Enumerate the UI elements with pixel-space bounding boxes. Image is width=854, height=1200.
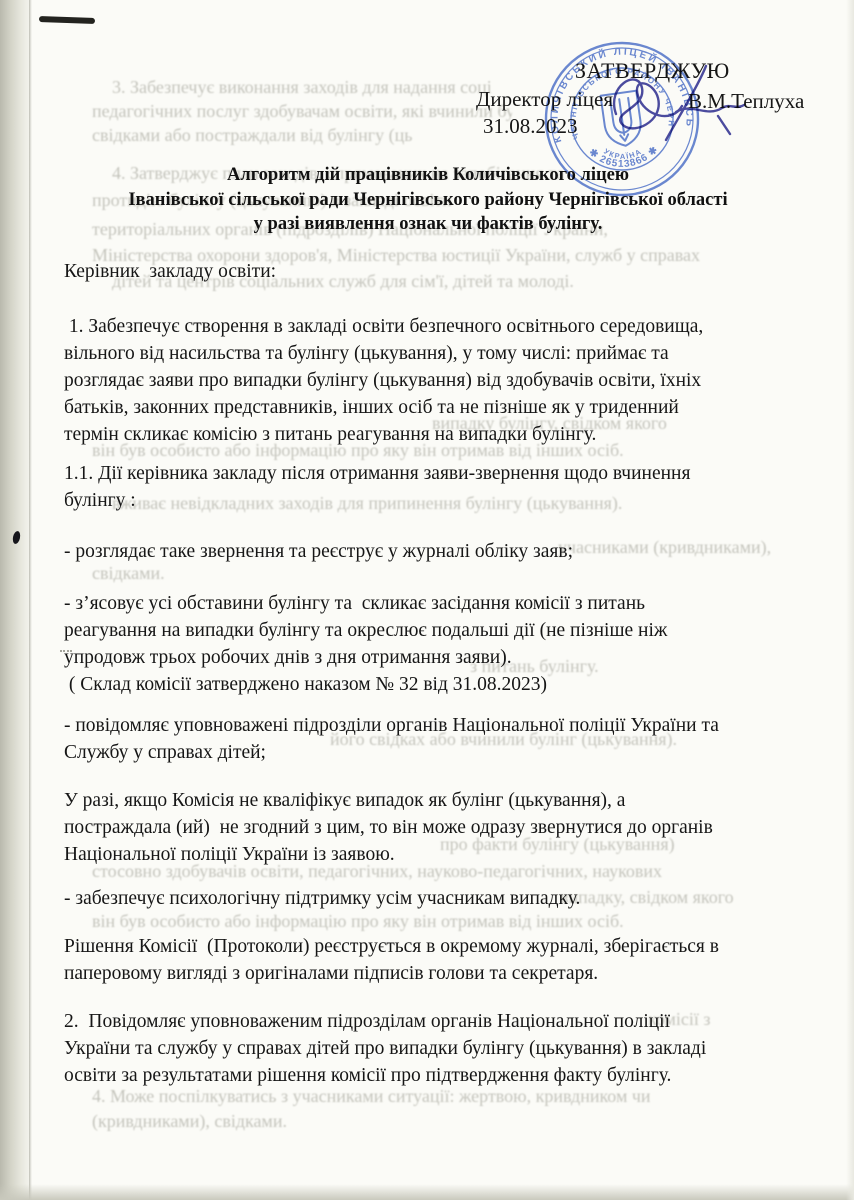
bleedthrough-line: 3. Забезпечує виконання заходів для нада…	[112, 74, 492, 100]
paragraph-2: 2. Повідомляє уповноваженим підрозділам …	[64, 1008, 839, 1089]
bleedthrough-line: свідками або постраждали від булінгу (ць	[92, 122, 412, 148]
paragraph-protocols: Рішення Комісії (Протоколи) реєструється…	[64, 933, 839, 987]
document-body: 1. Забезпечує створення в закладі освіти…	[64, 306, 839, 1089]
paragraph-dash-2: - з’ясовує усі обставини булінгу та скли…	[64, 590, 839, 698]
smudge-mark	[60, 650, 72, 655]
paragraph-dash-1: - розглядає таке звернення та реєструє у…	[64, 538, 839, 565]
paragraph-commission-note: У разі, якщо Комісія не кваліфікує випад…	[64, 787, 839, 868]
bleedthrough-line: (кривдниками), свідками.	[92, 1108, 287, 1134]
bleedthrough-line: педагогічних послуг здобувачам освіти, я…	[92, 98, 512, 124]
paragraph-dash-3: - повідомляє уповноважені підрозділи орг…	[64, 712, 839, 766]
scanned-document-page: 3. Забезпечує виконання заходів для нада…	[0, 0, 854, 1200]
director-signature	[578, 60, 783, 150]
intro-line: Керівник закладу освіти:	[64, 261, 276, 283]
paragraph-dash-4: - забезпечує психологічну підтримку усім…	[64, 885, 839, 912]
paragraph-1-1: 1.1. Дії керівника закладу після отриман…	[64, 460, 839, 514]
paragraph-1: 1. Забезпечує створення в закладі освіти…	[64, 313, 839, 448]
title-line-3: у разі виявлення ознак чи фактів булінгу…	[47, 212, 809, 237]
